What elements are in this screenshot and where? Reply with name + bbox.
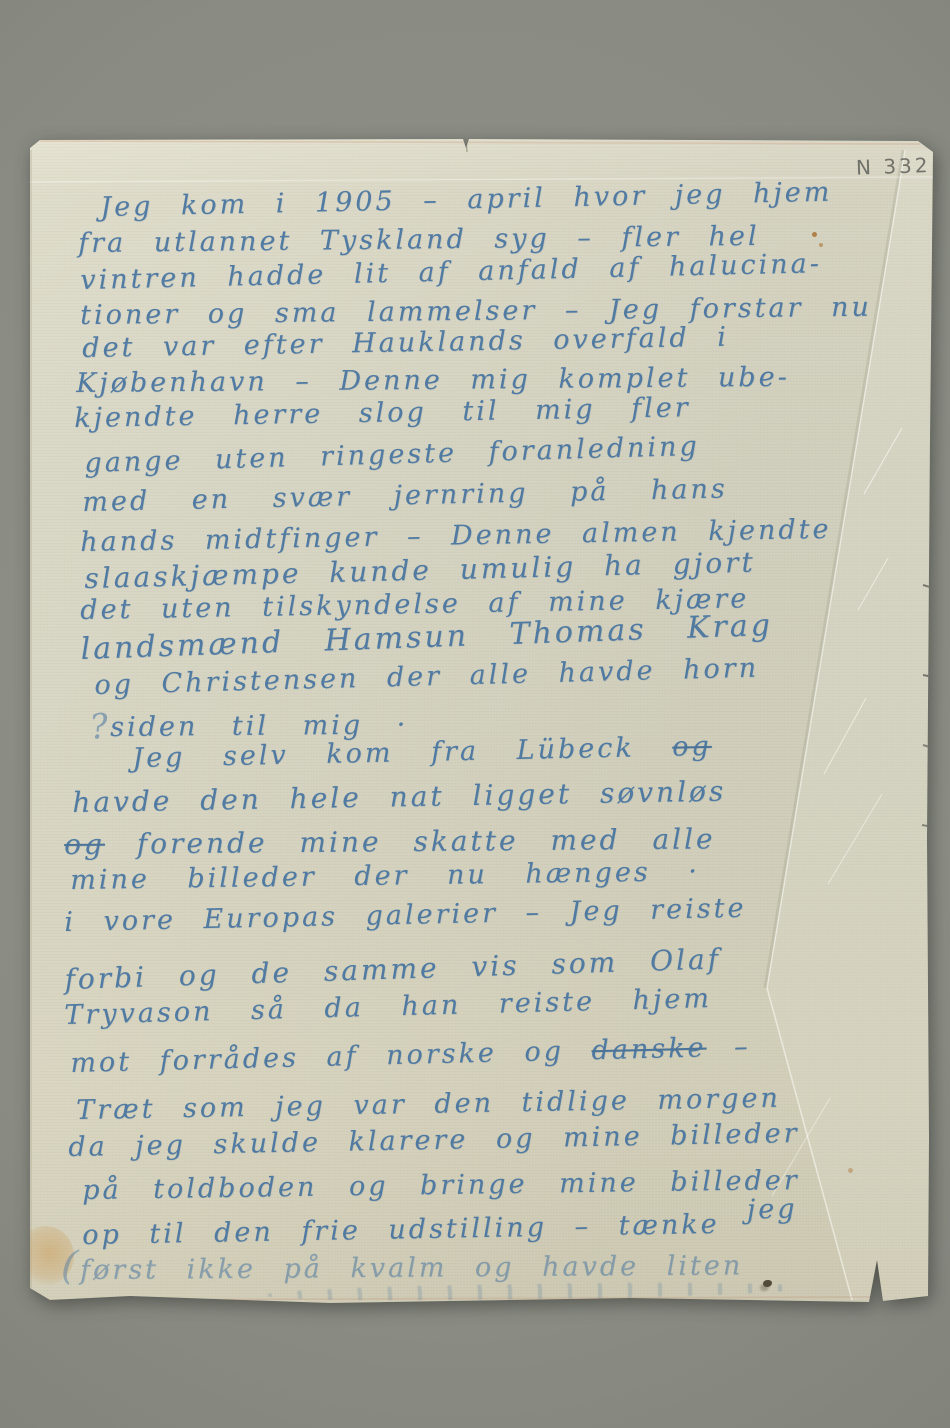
handwritten-line: mot forrådes af norske og danske – xyxy=(70,1031,751,1079)
handwritten-line: mine billeder der nu hænges · xyxy=(70,856,700,896)
margin-question-mark: ? xyxy=(88,706,110,748)
handwritten-line: Jeg kom i 1905 – april hvor jeg hjem xyxy=(100,177,833,223)
paper-sheet: N 332 ? ( Jeg kom i 1905 – april hvor je… xyxy=(30,138,933,1306)
handwritten-line: i vore Europas galerier – Jeg reiste xyxy=(64,893,747,938)
margin-stroke: ( xyxy=(59,1242,79,1289)
handwriting-segment: med en svær jernring på hans xyxy=(82,473,728,518)
crack-line xyxy=(824,698,866,774)
handwritten-line: havde den hele nat ligget søvnløs xyxy=(72,775,726,819)
edge-nick xyxy=(923,745,933,748)
handwriting-segment: Jeg kom i 1905 – april hvor jeg hjem xyxy=(100,177,833,223)
crack-line xyxy=(864,428,902,494)
handwritten-line: gange uten ringeste foranledning xyxy=(84,431,700,479)
handwriting-segment: jeg xyxy=(747,1194,798,1226)
handwriting-segment: forende mine skatte med alle xyxy=(105,822,716,860)
handwriting-segment: og xyxy=(672,731,712,763)
handwritten-line: på toldboden og bringe mine billeder xyxy=(82,1165,800,1206)
handwriting-segment: danske xyxy=(591,1032,707,1066)
handwritten-line: kjendte herre slog til mig fler xyxy=(74,392,691,434)
edge-nick xyxy=(922,825,933,827)
crack-line xyxy=(828,794,882,884)
handwritten-line: tioner og sma lammelser – Jeg forstar nu xyxy=(80,292,872,331)
handwriting-segment: og xyxy=(64,828,105,861)
handwriting-segment: i vore Europas galerier – Jeg reiste xyxy=(64,893,747,938)
handwritten-line: og forende mine skatte med alle xyxy=(64,822,716,861)
handwriting-segment: mot forrådes af norske og xyxy=(70,1035,592,1079)
handwriting-segment: gange uten ringeste foranledning xyxy=(84,431,700,479)
handwriting-segment: op til den frie udstilling – tænke xyxy=(82,1208,747,1251)
manuscript-scan: N 332 ? ( Jeg kom i 1905 – april hvor je… xyxy=(0,0,950,1428)
handwritten-line: med en svær jernring på hans xyxy=(82,473,728,518)
rust-speck xyxy=(812,232,817,237)
handwritten-line: først ikke på kvalm og havde liten xyxy=(80,1250,743,1286)
handwritten-line: op til den frie udstilling – tænke jeg xyxy=(82,1208,798,1251)
edge-nick xyxy=(923,585,933,588)
manuscript-page: N 332 ? ( Jeg kom i 1905 – april hvor je… xyxy=(30,138,933,1306)
handwriting-segment: – xyxy=(706,1031,751,1063)
rust-speck xyxy=(819,243,823,247)
handwriting-segment: da jeg skulde klarere og mine billeder xyxy=(68,1118,800,1163)
handwriting-segment: tioner og sma lammelser – Jeg forstar nu xyxy=(80,292,872,331)
edge-nick xyxy=(923,675,933,677)
handwriting-segment: på toldboden og bringe mine billeder xyxy=(82,1165,800,1206)
rust-speck xyxy=(848,1168,853,1173)
top-edge-nick xyxy=(466,138,467,152)
handwriting-segment: havde den hele nat ligget søvnløs xyxy=(72,775,726,819)
handwriting-segment: kjendte herre slog til mig fler xyxy=(74,392,691,434)
handwriting-segment: først ikke på kvalm og havde liten xyxy=(80,1250,743,1286)
handwriting-segment: mine billeder der nu hænges · xyxy=(70,856,700,896)
handwritten-line: da jeg skulde klarere og mine billeder xyxy=(68,1118,800,1163)
crack-line xyxy=(858,558,888,610)
scan-edge-tint-top xyxy=(40,141,920,144)
archive-number: N 332 xyxy=(856,152,947,179)
